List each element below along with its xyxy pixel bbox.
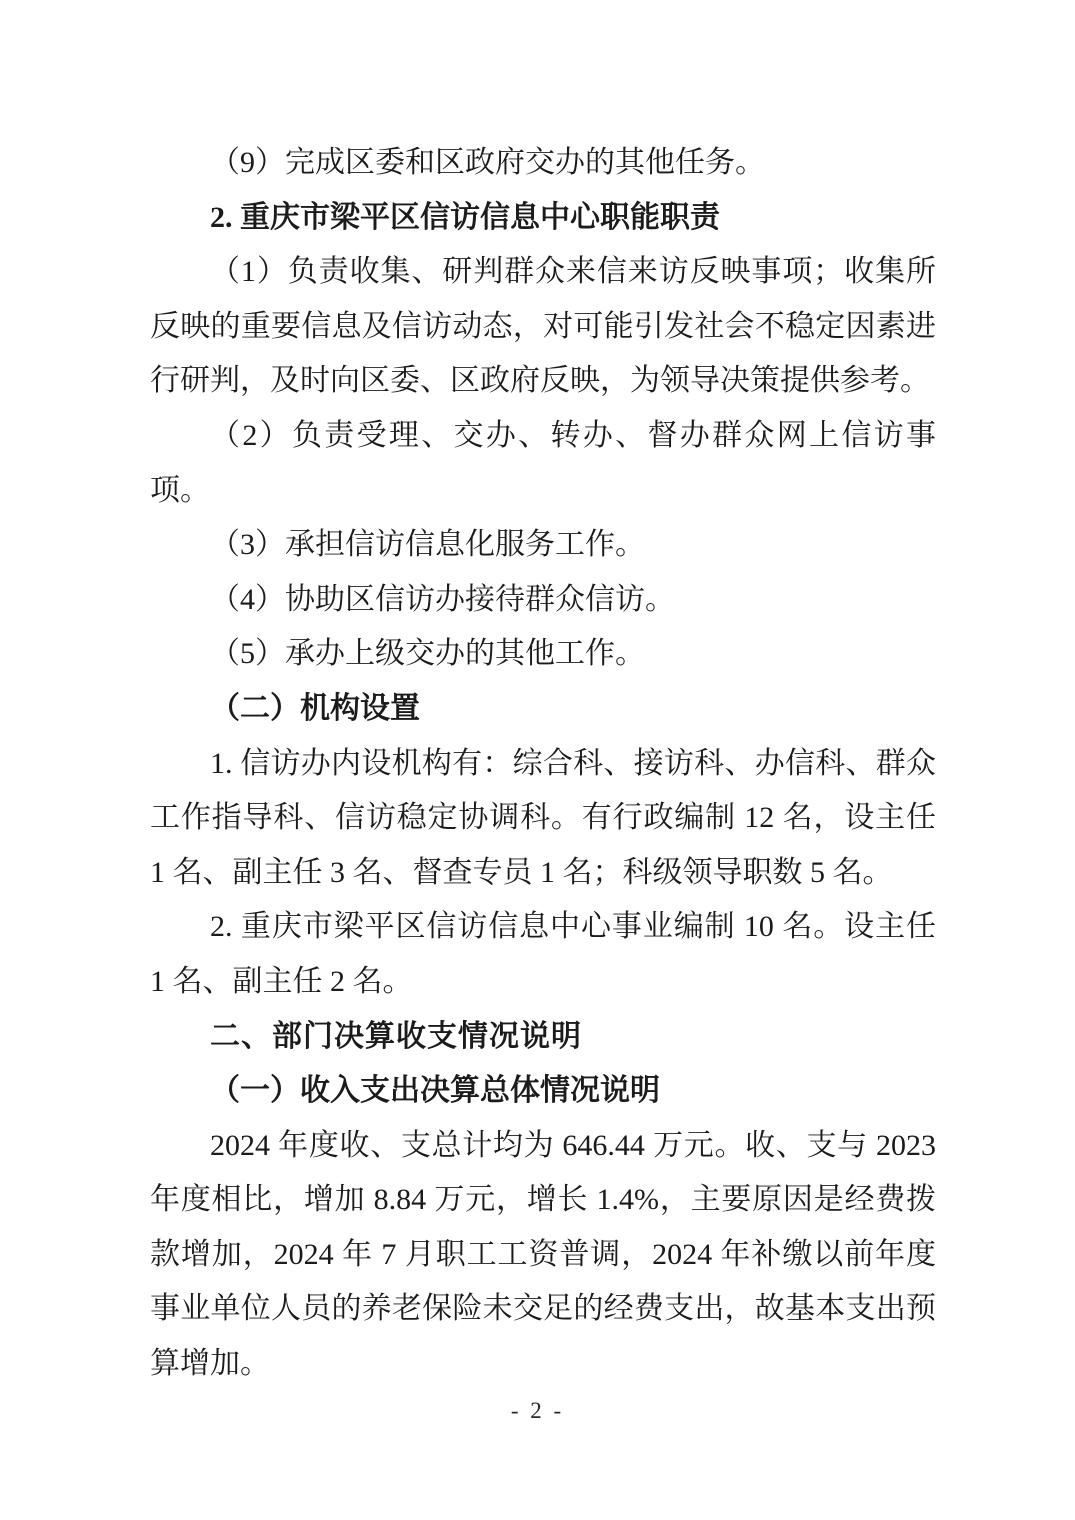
- paragraph-duty-2: （2）负责受理、交办、转办、督办群众网上信访事项。: [150, 409, 936, 518]
- heading-subsection-overview: （一）收入支出决算总体情况说明: [150, 1064, 936, 1119]
- paragraph-duty-4: （4）协助区信访办接待群众信访。: [150, 573, 936, 628]
- paragraph-duty-1: （1）负责收集、研判群众来信来访反映事项；收集所反映的重要信息及信访动态，对可能…: [150, 245, 936, 409]
- paragraph-task-9: （9）完成区委和区政府交办的其他任务。: [150, 136, 936, 191]
- paragraph-duty-3: （3）承担信访信息化服务工作。: [150, 518, 936, 573]
- heading-org-setup: （二）机构设置: [150, 682, 936, 737]
- paragraph-org-staffing-2: 2. 重庆市梁平区信访信息中心事业编制 10 名。设主任 1 名、副主任 2 名…: [150, 900, 936, 1009]
- paragraph-budget-overview: 2024 年度收、支总计均为 646.44 万元。收、支与 2023 年度相比，…: [150, 1119, 936, 1392]
- page-number: - 2 -: [0, 1398, 1075, 1424]
- document-page: （9）完成区委和区政府交办的其他任务。 2. 重庆市梁平区信访信息中心职能职责 …: [0, 0, 1075, 1520]
- heading-center-duties: 2. 重庆市梁平区信访信息中心职能职责: [150, 191, 936, 246]
- document-body: （9）完成区委和区政府交办的其他任务。 2. 重庆市梁平区信访信息中心职能职责 …: [150, 136, 936, 1392]
- paragraph-org-staffing-1: 1. 信访办内设机构有：综合科、接访科、办信科、群众工作指导科、信访稳定协调科。…: [150, 737, 936, 901]
- paragraph-duty-5: （5）承办上级交办的其他工作。: [150, 627, 936, 682]
- heading-section-budget: 二、部门决算收支情况说明: [150, 1010, 936, 1065]
